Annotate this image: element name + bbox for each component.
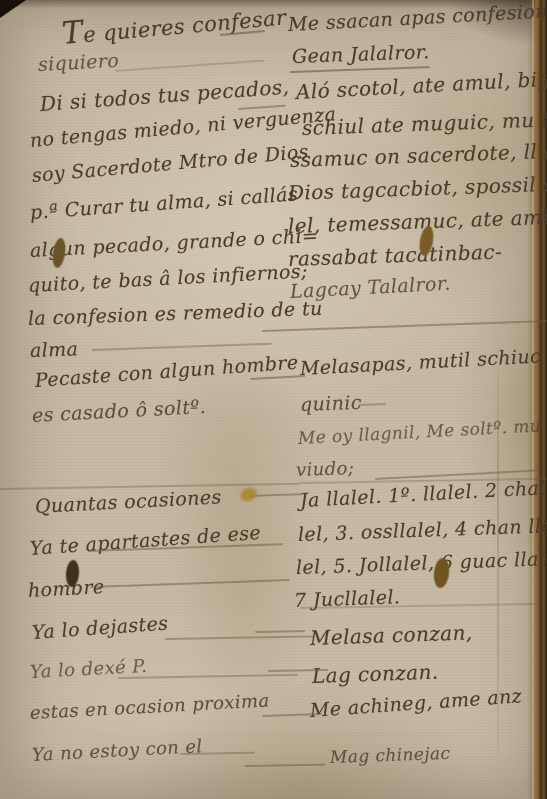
section-rule [262,320,547,332]
left-col-line: p.ª Curar tu alma, si callás [29,183,298,224]
strike-through [90,579,290,588]
left-col-line: Ya no estoy con el [31,736,203,766]
right-col-line: Gean Jalalror. [292,41,430,68]
connector-dash [165,635,315,640]
right-col-line: Mag chinejac [330,744,451,768]
wax-blot [238,485,258,503]
right-col-line: lel, 3. ossllalel, 4 chan lla [298,515,547,546]
right-col-line: ssamuc on sacerdote, llun: [290,138,547,172]
connector-dash [245,764,325,767]
left-col-line: siquiero [37,50,119,76]
left-col-line: la confesion es remedio de tu [28,298,323,330]
right-col-line: Melasapas, mutil schiuc [299,345,541,380]
connector-dash [255,630,305,633]
right-col-line: viudo; [296,458,355,481]
connector-dash [180,752,255,755]
right-col-line: schiul ate muguic, mu me [302,107,547,140]
left-col-line: alma [30,338,79,362]
right-col-line: Melasa conzan, [310,620,473,650]
left-col-line: Ya lo dexé P. [29,656,147,683]
connector-dash [358,403,386,406]
right-col-line: lel, temessamuc, ate amul [288,204,547,238]
left-col-line: Quantas ocasiones [34,486,222,518]
manuscript-page: Te quieres confesar siquiero Di si todos… [0,0,547,799]
underline-stroke [92,343,272,351]
right-col-line: quinic [300,392,363,416]
right-col-line: Dios tagcacbiot, spossil acha [288,170,547,205]
right-col-line: Me achineg, ame anz [309,685,523,722]
right-col-line: Lag conzan. [312,660,439,688]
right-col-line: Lagcay Talalror. [289,273,451,303]
left-col-line: algun pecado, grande o chi= [29,225,318,262]
right-col-line: lel, 5. Jollalel, 6 guac llalel [296,548,547,579]
right-col-line: Me oy llagnil, Me soltº. mu [297,416,541,449]
left-col-line: es casado ô soltº. [31,396,206,427]
left-col-line: quito, te bas â los infiernos; [27,260,308,297]
left-col-line: Ya lo dejastes [31,612,169,643]
right-col-line: rassabat tacatinbac- [288,240,503,271]
connector-dash [115,60,265,72]
left-col-line: estas en ocasion proxima [29,690,270,724]
left-col-line: Ya te apartastes de ese [29,522,262,560]
